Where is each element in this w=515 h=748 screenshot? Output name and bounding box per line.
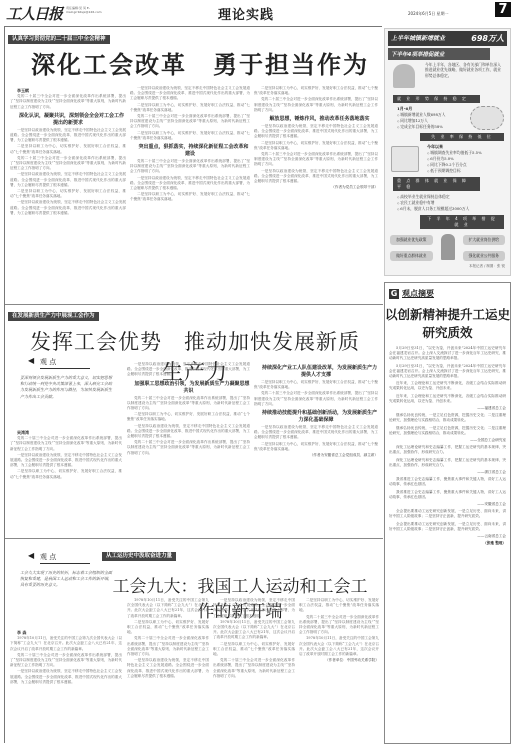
paragraph: 二是坚持以职工为中心，切实维护好、发展好职工合法权益，推动“七个聚焦”改革任务落…	[127, 412, 250, 422]
paragraph: 二是坚持以职工为中心，切实维护好、发展好职工合法权益，推动“七个聚焦”改革任务落…	[130, 103, 250, 113]
paragraph: 二是坚持以职工为中心，切实维护好、发展好职工合法权益，推动“七个聚焦”改革任务落…	[254, 86, 378, 96]
issue-date: 2024年6月5日 星期一	[408, 11, 449, 17]
paragraph: 二是坚持以职工为中心，切实维护好、发展好职工合法权益，推动“七个聚焦”改革任务落…	[127, 620, 209, 636]
article2-subhead-2: 持续深化产业工人队伍建设改革，为发展新质生产力提供人才支撑	[254, 365, 378, 379]
paragraph: 1978年10月11日，备受关注的中国工会第九次全国代表大会（以下简称“工会九大…	[299, 636, 379, 657]
article2-subhead-3: 持续推动技能提升和基础创新活动，为发展新质生产力深化基础保障	[254, 410, 378, 424]
article1-column-2: 一是坚持以政治建设为统领，坚定不移走中国特色社会主义工会发展道路。全会围绕进一步…	[130, 86, 250, 296]
speaker-icon: ◀	[28, 551, 34, 560]
paragraph: 党的二十届三中全会对进一步全面深化改革作出系统部署，提出了“坚持以制度建设为主线…	[127, 636, 209, 657]
article1-column-1: 李玉赋 党的二十届三中全会对进一步全面深化改革作出系统部署，提出了“坚持以制度建…	[10, 86, 126, 296]
paragraph: 党的二十届三中全会对进一步全面深化改革作出系统部署，提出了“坚持以制度建设为主线…	[254, 97, 378, 113]
stats2-wrap: 今年以来 城镇调查失业率均值低于5.5% 6月份为5.0% 同比下降0.2个百分…	[385, 144, 510, 174]
paragraph: 1978年10月11日，备受关注的中国工会第九次全国代表大会（以下简称“工会九大…	[127, 598, 209, 619]
paragraph: 一是坚持以政治建设为统领，坚定不移走中国特色社会主义工会发展道路。全会围绕进一步…	[127, 658, 209, 679]
excerpt-text: 我省推进工会史志编纂工作，聚焦重大事件和关键人物，讲好工人运动故事，传承红色基因…	[389, 477, 506, 487]
author-note: （作者为党员工会领导干部）	[254, 185, 378, 190]
viewpoint-text: 要深刻领会发展新质生产力的重大意义，切实把思想和行动统一到党中央决策部署上来，深…	[10, 375, 122, 400]
paragraph: 5月29日至31日，“以史为鉴，开创未来”2024年中国工运史研究年会在福建龙岩…	[389, 364, 506, 380]
article1-headline[interactable]: 深化工会改革 勇于担当作为	[30, 45, 370, 80]
excerpt-text: 近年来，工会理论和工运史研究不断深化，各级工会结合实际推动研究成果转化运用，以史…	[389, 381, 506, 391]
paragraph: 党的二十届三中全会对进一步全面深化改革作出系统部署，提出了“坚持以制度建设为主线…	[127, 396, 250, 412]
infographic-credit: 本报记者 / 制图：张 锐	[385, 264, 510, 269]
speaker-icon: ◀	[28, 356, 34, 365]
paragraph: 1978年10月11日，备受关注的中国工会第九次全国代表大会（以下简称“工会九大…	[10, 636, 122, 652]
excerpt-signature: ——云南省总工会	[389, 534, 506, 539]
divider	[5, 304, 383, 305]
excerpt-signature: ——全国总工会研究室	[389, 438, 506, 443]
paragraph: 一是坚持以政治建设为统领，坚定不移走中国特色社会主义工会发展道路。全会围绕进一步…	[127, 424, 250, 440]
measure-item: 扩大就业岗位供给	[463, 235, 506, 245]
measure-item: 加强就业优先政策	[390, 235, 433, 245]
presentation-board-icon	[391, 146, 419, 172]
paragraph: 党的二十届三中全会对进一步全面深化改革作出系统部署，提出了“坚持以制度建设为主线…	[254, 391, 378, 407]
paragraph: 党的二十届三中全会对进一步全面深化改革作出系统部署，提出了“坚持以制度建设为主线…	[130, 114, 250, 130]
article3-author: 李 森	[10, 630, 122, 635]
paragraph: 党的二十届三中全会对进一步全面深化改革作出系统部署，提出了“坚持以制度建设为主线…	[299, 615, 379, 636]
paragraph: 党的二十届三中全会对进一步全面深化改革作出系统部署，提出了“坚持以制度建设为主线…	[130, 159, 250, 175]
person-at-laptop-icon	[393, 64, 415, 88]
article2-column-1: 吴湾湾 党的二十届三中全会对进一步全面深化改革作出系统部署，提出了“坚持以制度建…	[10, 428, 122, 528]
article1-subhead-3: 解放思想，锤炼作风，推动改革任务落地落实	[254, 116, 378, 123]
paragraph: 党的二十届三中全会对进一步全面深化改革作出系统部署，提出了“坚持以制度建设为主线…	[127, 440, 250, 456]
article2-column-2: 一是坚持以政治建设为统领，坚定不移走中国特色社会主义工会发展道路。全会围绕进一步…	[127, 362, 250, 532]
divider	[5, 538, 383, 539]
excerpt-text: 全会提出要推动工运史研究创新发展，一是立足历史、面向未来，讲好中国工人阶级故事；…	[389, 509, 506, 519]
article1-kicker: 认真学习贯彻党的二十届三中全会精神	[8, 35, 110, 44]
article3-column-4: 二是坚持以职工为中心，切实维护好、发展好职工合法权益，推动“七个聚焦”改革任务落…	[299, 598, 379, 744]
article1-column-3: 二是坚持以职工为中心，切实维护好、发展好职工合法权益，推动“七个聚焦”改革任务落…	[254, 86, 378, 296]
paragraph: 党的二十届三中全会对进一步全面深化改革作出系统部署，提出了“坚持以制度建设为主线…	[254, 152, 378, 168]
paragraph: 二是坚持以职工为中心，切实维护好、发展好职工合法权益，推动“七个聚焦”改革任务落…	[299, 598, 379, 614]
paragraph: 一是坚持以政治建设为统领，坚定不移走中国特色社会主义工会发展道路。全会围绕进一步…	[10, 200, 126, 216]
paragraph: 党的二十届三中全会对进一步全面深化改革作出系统部署，提出了“坚持以制度建设为主线…	[10, 94, 126, 110]
article1-subhead-1: 深化认识，凝聚共识，深刻领会全会对工会工作提出的新要求	[10, 113, 126, 127]
paragraph: 党的二十届三中全会对进一步全面深化改革作出系统部署，提出了“坚持以制度建设为主线…	[10, 436, 122, 452]
viewpoint-digest: G 观点摘要 以创新精神提升工运史研究质效 5月29日至31日，“以史为鉴，开创…	[384, 282, 511, 744]
measures-grid: 加强就业优先政策 扩大就业岗位供给 做好重点群体就业 强化就业公共服务	[385, 232, 510, 264]
paragraph: 1978年10月11日，备受关注的中国工会第九次全国代表大会（以下简称“工会九大…	[213, 620, 295, 641]
section-bar: 重 点 群 体 就 业 保 障 平 稳	[393, 177, 480, 191]
paragraph: 一是坚持以政治建设为统领，坚定不移走中国特色社会主义工会发展道路。全会围绕进一步…	[254, 124, 378, 140]
digest-body: 5月29日至31日，“以史为鉴，开创未来”2024年中国工运史研究年会在福建龙岩…	[385, 346, 510, 547]
measure-item: 强化就业公共服务	[463, 251, 506, 261]
infographic-banner: 上半年城镇新增就业 698万人	[388, 31, 507, 46]
article3-column-2: 1978年10月11日，备受关注的中国工会第九次全国代表大会（以下简称“工会九大…	[127, 598, 209, 744]
paragraph: 二是坚持以职工为中心，切实维护好、发展好职工合法权益，推动“七个聚焦”改革任务落…	[130, 192, 250, 202]
paragraph: 一是坚持以政治建设为统领，坚定不移走中国特色社会主义工会发展道路。全会围绕进一步…	[10, 128, 126, 144]
paragraph: 一是坚持以政治建设为统领，坚定不移走中国特色社会主义工会发展道路。全会围绕进一步…	[213, 598, 295, 619]
paragraph: 二是坚持以职工为中心，切实维护好、发展好职工合法权益，推动“七个聚焦”改革任务落…	[130, 131, 250, 141]
digest-intro: 5月29日至31日，“以史为鉴，开创未来”2024年中国工运史研究年会在福建龙岩…	[389, 346, 506, 362]
paragraph: 二是坚持以职工为中心，切实维护好、发展好职工合法权益，推动“七个聚焦”改革任务落…	[254, 141, 378, 151]
author-note: （作者单位：中国劳动关系学院）	[299, 658, 379, 663]
paragraph: 一是坚持以政治建设为统领，坚定不移走中国特色社会主义工会发展道路。全会围绕进一步…	[254, 169, 378, 185]
page-number: 7	[495, 2, 511, 17]
editor-info: 责任编辑:吴 凤 E-mail:grrbllsjx@126.com	[66, 6, 116, 14]
stat-item: 低于预期调控目标	[427, 168, 506, 174]
article2-author: 吴湾湾	[10, 430, 122, 435]
excerpt-signature: ——安徽省总工会	[389, 502, 506, 507]
stat-item: 完成全年目标任务的58%	[397, 124, 465, 130]
paragraph: 党的二十届三中全会对进一步全面深化改革作出系统部署，提出了“坚持以制度建设为主线…	[213, 658, 295, 679]
excerpt-signature: ——福建省总工会	[389, 406, 506, 411]
header-rule	[4, 26, 382, 27]
excerpt-text: 深化工运理论研究和史志编纂工作，把握工运史研究的基本规律，突出重点，加强协作，形…	[389, 445, 506, 455]
article1-subhead-2: 突出重点，狠抓落实，持续深化新征程工会改革和建设	[130, 144, 250, 158]
paragraph: 一是坚持以政治建设为统领，坚定不移走中国特色社会主义工会发展道路。全会围绕进一步…	[254, 425, 378, 441]
excerpt-signature: ——浙江省总工会	[389, 470, 506, 475]
paragraph: 二是坚持以职工为中心，切实维护好、发展好职工合法权益，推动“七个聚焦”改革任务落…	[10, 469, 122, 479]
person-icon	[441, 234, 455, 260]
stats-wrap: 1月-6月 城镇新增就业人数698万人 同比增加12万人 完成全年目标任务的58…	[385, 106, 510, 130]
digest-tag: G 观点摘要	[389, 288, 510, 299]
excerpt-text: 继承弘扬优良传统，一是立足红色资源，挖掘历史文化；二是注重理论研究，加强理论与实…	[389, 413, 506, 423]
stats3-list: 高校毕业生就业保持总体稳定 农民工就业稳中有增 6月末，脱贫人口务工规模超过30…	[385, 194, 510, 212]
employment-infographic: 上半年城镇新增就业 698万人 下半年4项举措促就业 今年上半年，各地区、各有关…	[384, 28, 511, 276]
article1-author: 李玉赋	[10, 88, 126, 93]
article3-kicker: 从工运历史中汲取奋进力量	[102, 552, 176, 561]
measure-item: 做好重点群体就业	[390, 251, 433, 261]
paragraph: 二是坚持以职工为中心，切实维护好、发展好职工合法权益，推动“七个聚焦”改革任务落…	[10, 144, 126, 154]
excerpt-text: 全会提出要推动工运史研究创新发展，一是立足历史、面向未来，讲好中国工人阶级故事；…	[389, 522, 506, 532]
masthead: 工人日报 责任编辑:吴 凤 E-mail:grrbllsjx@126.com 理…	[0, 0, 515, 28]
stat-item: 6月末，脱贫人口务工规模超过3000万人	[397, 206, 480, 212]
section-title: 理论实践	[218, 4, 274, 23]
paragraph: 一是坚持以政治建设为统领，坚定不移走中国特色社会主义工会发展道路。全会围绕进一步…	[130, 86, 250, 102]
article2-viewpoint: ◀ 观 点 要深刻领会发展新质生产力的重大意义，切实把思想和行动统一到党中央决策…	[10, 357, 122, 400]
paragraph: 二是坚持以职工为中心，切实维护好、发展好职工合法权益，推动“七个聚焦”改革任务落…	[213, 642, 295, 658]
paragraph: 一是坚持以政治建设为统领，坚定不移走中国特色社会主义工会发展道路。全会围绕进一步…	[127, 362, 250, 378]
banner-value: 698万人	[471, 33, 504, 44]
article3-column-1: 李 森 1978年10月11日，备受关注的中国工会第九次全国代表大会（以下简称“…	[10, 628, 122, 743]
excerpt-text: 继承弘扬优良传统，一是立足红色资源，挖掘历史文化；二是注重理论研究，加强理论与实…	[389, 426, 506, 436]
editor-credit: （张雅 整理）	[389, 541, 506, 546]
section-bar: 失 业 率 保 持 低 位	[420, 133, 504, 141]
newspaper-logo: 工人日报	[6, 3, 62, 24]
paragraph: 党的二十届三中全会对进一步全面深化改革作出系统部署，提出了“坚持以制度建设为主线…	[10, 653, 122, 669]
paragraph: 二是坚持以职工为中心，切实维护好、发展好职工合法权益，推动“七个聚焦”改革任务落…	[254, 380, 378, 390]
paragraph: 一是坚持以政治建设为统领，坚定不移走中国特色社会主义工会发展道路。全会围绕进一步…	[130, 176, 250, 192]
paragraph: 一是坚持以政治建设为统领，坚定不移走中国特色社会主义工会发展道路。全会围绕进一步…	[10, 453, 122, 469]
left-border	[4, 27, 5, 743]
paragraph: 党的二十届三中全会对进一步全面深化改革作出系统部署，提出了“坚持以制度建设为主线…	[10, 156, 126, 172]
paragraph: 二是坚持以职工为中心，切实维护好、发展好职工合法权益，推动“七个聚焦”改革任务落…	[254, 442, 378, 452]
article3-column-3: 一是坚持以政治建设为统领，坚定不移走中国特色社会主义工会发展道路。全会围绕进一步…	[213, 598, 295, 744]
digest-tag-label: 观点摘要	[402, 288, 434, 299]
excerpt-text: 我省推进工会史志编纂工作，聚焦重大事件和关键人物，讲好工人运动故事，传承红色基因…	[389, 490, 506, 500]
article2-kicker: 在发展新质生产力中展现工会作为	[8, 312, 99, 321]
paragraph: 一是坚持以政治建设为统领，坚定不移走中国特色社会主义工会发展道路。全会围绕进一步…	[10, 669, 122, 685]
viewpoint-label: 观 点	[40, 357, 90, 369]
section-bar: 就 业 形 势 保 持 稳 定	[393, 95, 480, 103]
viewpoint-label: 观 点	[40, 552, 90, 564]
digest-headline[interactable]: 以创新精神提升工运史研究质效	[385, 305, 510, 341]
excerpt-text: 近年来，工会理论和工运史研究不断深化，各级工会结合实际推动研究成果转化运用，以史…	[389, 394, 506, 404]
section-g-icon: G	[389, 289, 399, 299]
viewpoint-label-wrap: ◀ 观 点	[10, 357, 122, 369]
intro-wrap: 今年上半年，各地区、各有关部门和单位深入推进就业优先战略，做好就业各项工作，就业…	[385, 62, 510, 92]
paragraph: 一是坚持以政治建设为统领，坚定不移走中国特色社会主义工会发展道路。全会围绕进一步…	[10, 172, 126, 188]
author-note: （作者为安徽省总工会党组成员、副主席）	[254, 453, 378, 458]
paragraph: 二是坚持以职工为中心，切实维护好、发展好职工合法权益，推动“七个聚焦”改革任务落…	[10, 189, 126, 199]
monitor-chart-icon	[470, 106, 504, 130]
article2-subhead-1: 加强职工思想政治引领，为发展新质生产力凝聚思想共识	[127, 381, 250, 395]
excerpt-text: 深化工运理论研究和史志编纂工作，把握工运史研究的基本规律，突出重点，加强协作，形…	[389, 458, 506, 468]
infographic-subbanner: 下半年4项举措促就业	[388, 48, 490, 60]
section-bar: 下 半 年 4 项 举 措 促 就 业	[420, 215, 504, 229]
article2-column-3: 持续深化产业工人队伍建设改革，为发展新质生产力提供人才支撑 二是坚持以职工为中心…	[254, 362, 378, 532]
banner-title: 上半年城镇新增就业	[391, 33, 445, 44]
